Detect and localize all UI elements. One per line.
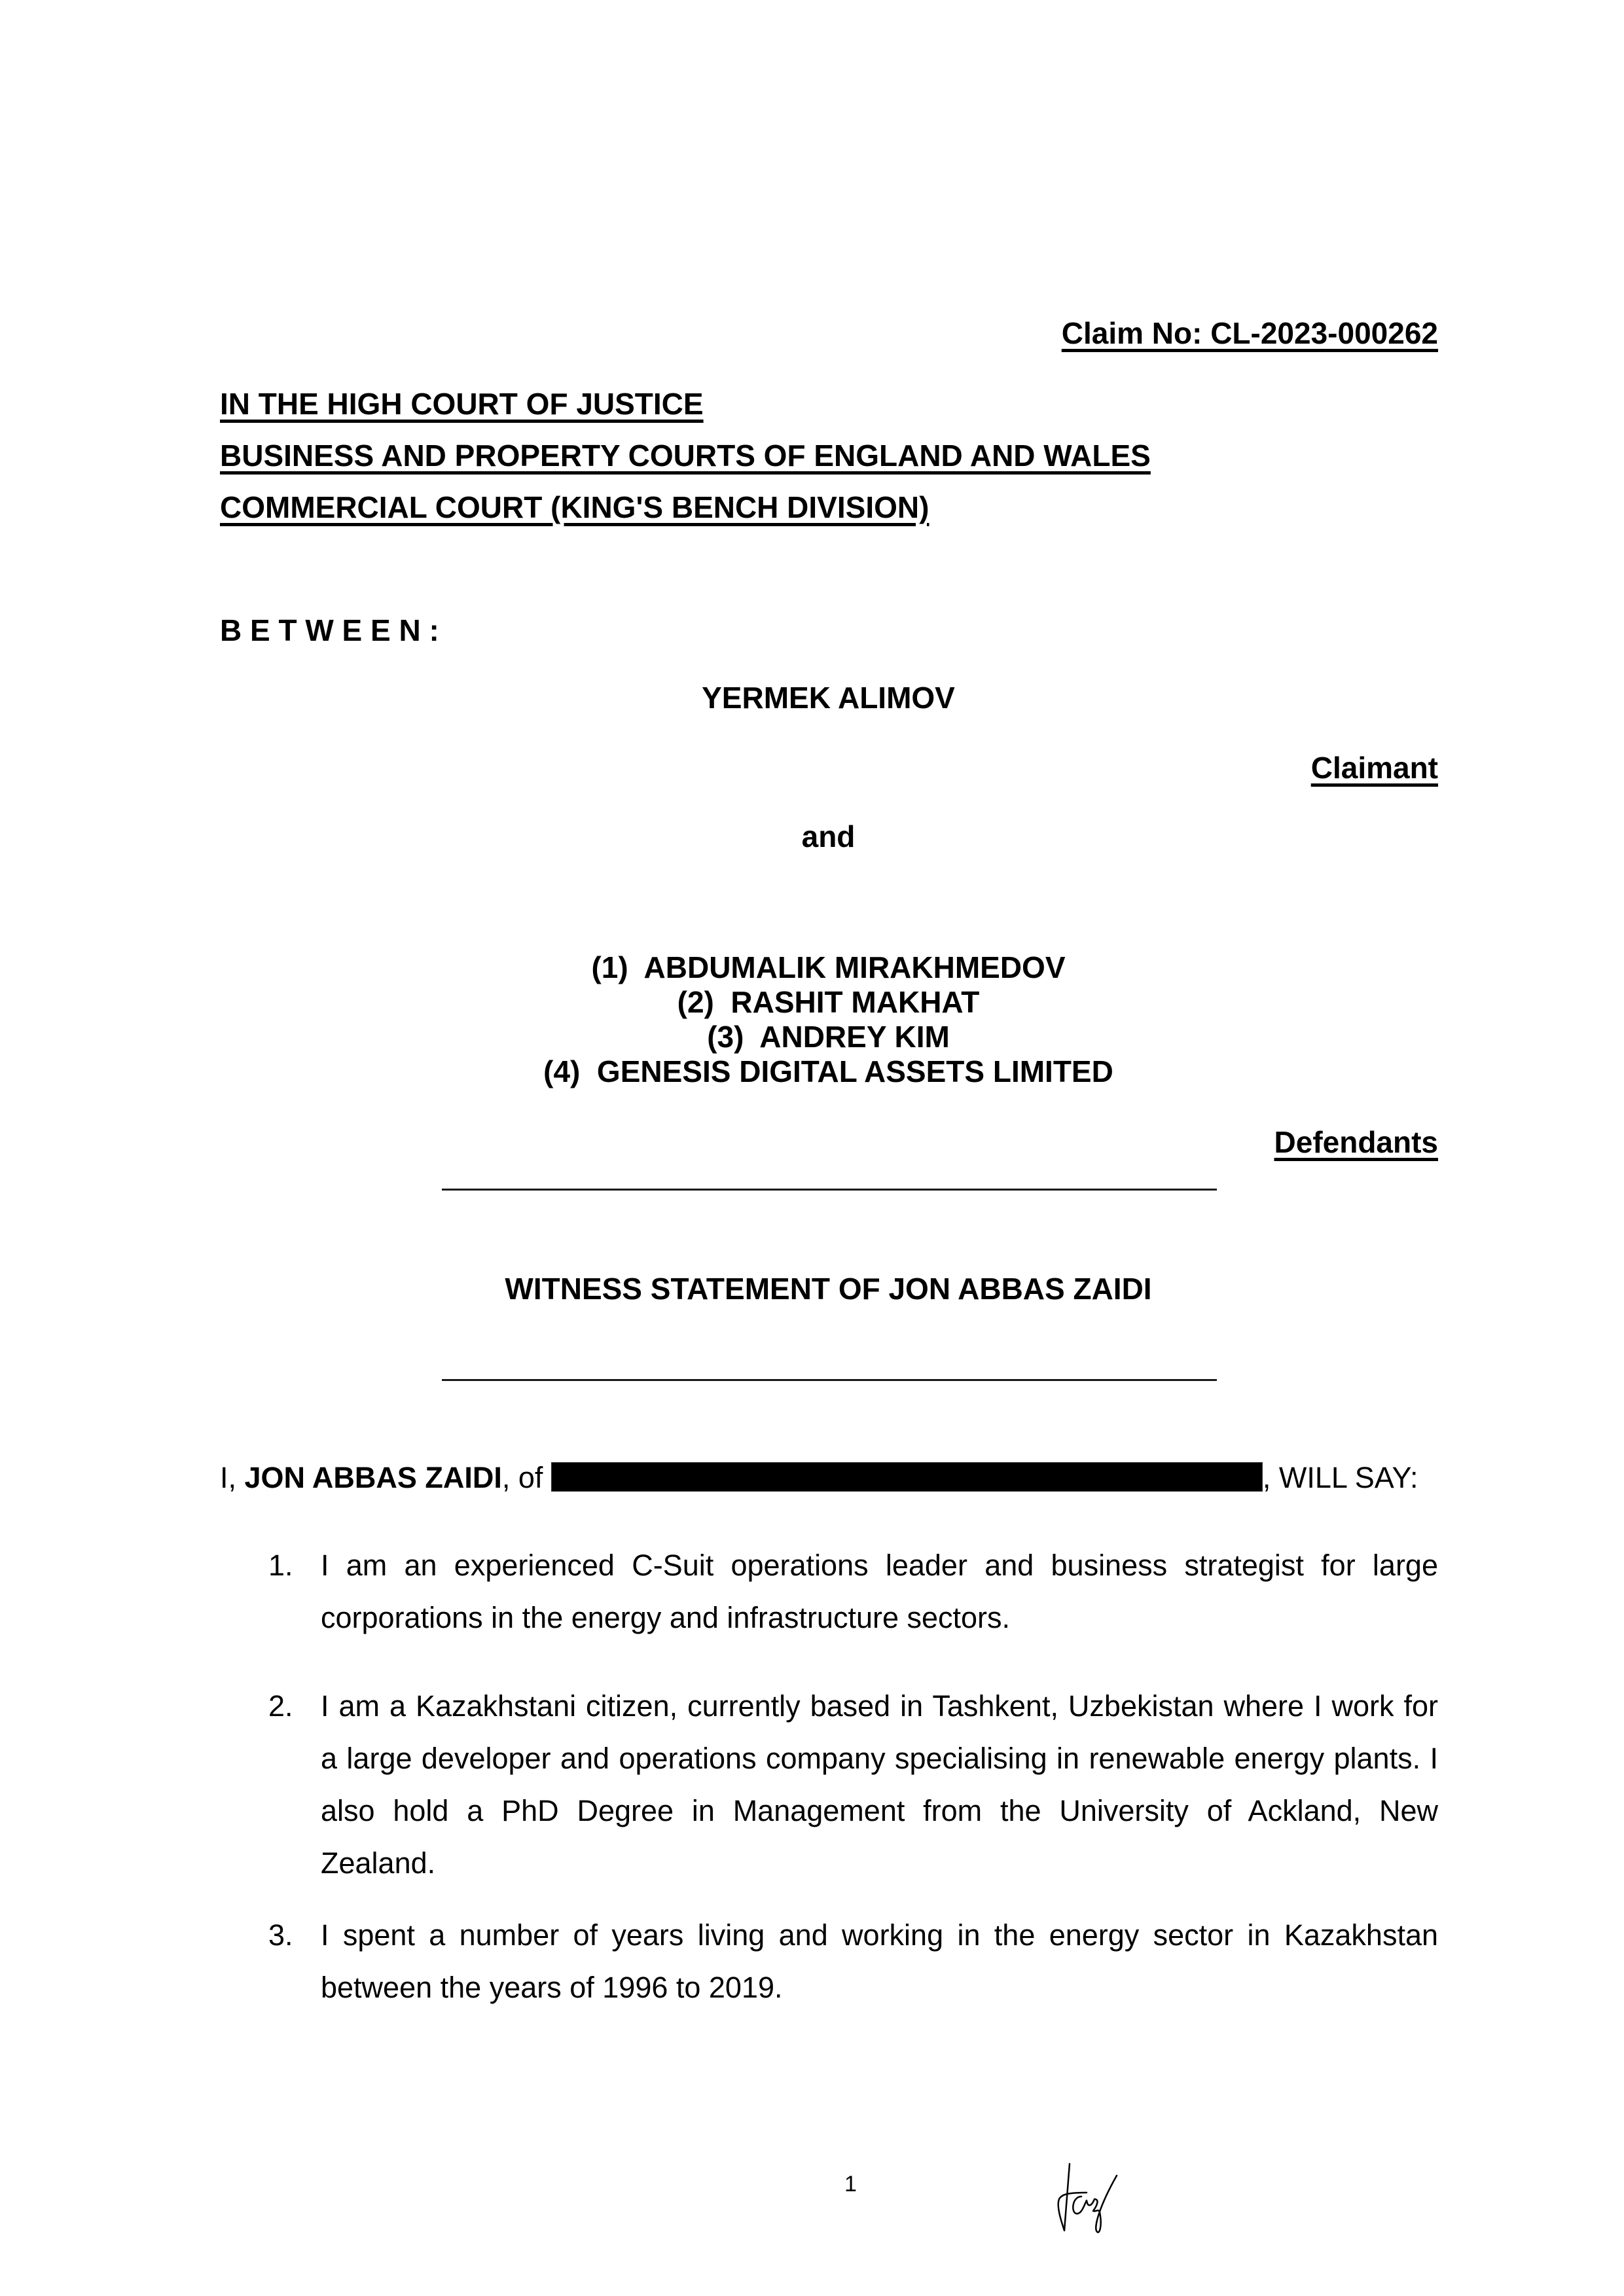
defendant-4: (4) GENESIS DIGITAL ASSETS LIMITED: [0, 1054, 1624, 1089]
claim-number: Claim No: CL-2023-000262: [1062, 318, 1438, 348]
defendant-1: (1) ABDUMALIK MIRAKHMEDOV: [0, 950, 1624, 985]
court-line-2: BUSINESS AND PROPERTY COURTS OF ENGLAND …: [220, 440, 1151, 471]
paragraph-2: 2. I am a Kazakhstani citizen, currently…: [268, 1680, 1438, 1890]
document-title: WITNESS STATEMENT OF JON ABBAS ZAIDI: [0, 1274, 1624, 1304]
intro-suffix: , WILL SAY:: [1263, 1461, 1418, 1494]
paragraph-text: I am a Kazakhstani citizen, currently ba…: [321, 1680, 1438, 1890]
redacted-address: [551, 1462, 1263, 1492]
paragraph-3: 3. I spent a number of years living and …: [268, 1909, 1438, 2014]
defendant-3: (3) ANDREY KIM: [0, 1020, 1624, 1054]
and-label: and: [0, 821, 1624, 852]
paragraph-text: I am an experienced C-Suit operations le…: [321, 1539, 1438, 1644]
court-line-3: COMMERCIAL COURT (KING'S BENCH DIVISION): [220, 492, 929, 522]
intro-line: I, JON ABBAS ZAIDI, of , WILL SAY:: [220, 1452, 1439, 1504]
intro-prefix: I,: [220, 1461, 245, 1494]
paragraph-text: I spent a number of years living and wor…: [321, 1909, 1438, 2014]
paragraph-number: 3.: [268, 1909, 321, 1962]
paragraph-number: 1.: [268, 1539, 321, 1592]
paragraph-number: 2.: [268, 1680, 321, 1732]
paragraph-1: 1. I am an experienced C-Suit operations…: [268, 1539, 1438, 1644]
intro-middle: , of: [502, 1461, 551, 1494]
court-line-1: IN THE HIGH COURT OF JUSTICE: [220, 389, 704, 419]
title-rule-bottom: [442, 1379, 1217, 1381]
title-rule-top: [442, 1189, 1217, 1191]
page-number: 1: [844, 2172, 857, 2197]
claimant-label: Claimant: [1311, 753, 1438, 783]
witness-name: JON ABBAS ZAIDI: [245, 1461, 502, 1494]
claimant-name: YERMEK ALIMOV: [0, 683, 1624, 713]
between-label: B E T W E E N :: [220, 615, 439, 645]
defendant-2: (2) RASHIT MAKHAT: [0, 985, 1624, 1020]
defendants-list: (1) ABDUMALIK MIRAKHMEDOV (2) RASHIT MAK…: [0, 950, 1624, 1089]
signature-icon: [1047, 2160, 1218, 2251]
defendants-label: Defendants: [1274, 1127, 1438, 1157]
